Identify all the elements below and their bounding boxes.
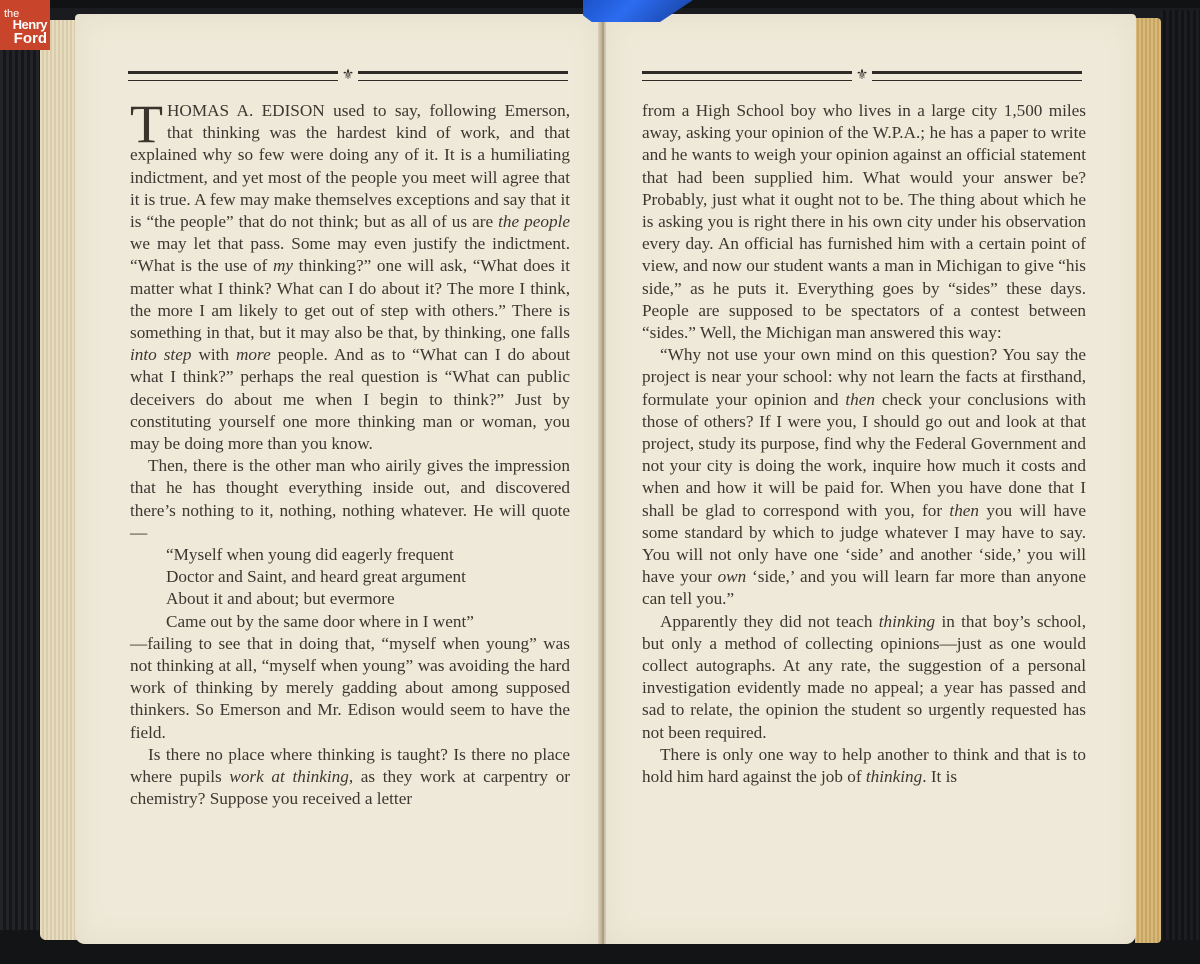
- left-page-body: HOMAS A. EDISON used to say, following E…: [130, 100, 570, 811]
- paragraph: from a High School boy who lives in a la…: [642, 100, 1086, 344]
- fleur-de-lis-icon: ⚜: [852, 69, 872, 83]
- header-rule-left: ⚜: [128, 69, 568, 83]
- paragraph: “Why not use your own mind on this quest…: [642, 344, 1086, 610]
- rule-bar: [872, 71, 1082, 81]
- fleur-de-lis-icon: ⚜: [338, 69, 358, 83]
- verse-line: Doctor and Saint, and heard great argume…: [130, 566, 570, 588]
- paragraph: —failing to see that in doing that, “mys…: [130, 633, 570, 744]
- right-page: ⚜ from a High School boy who lives in a …: [606, 14, 1136, 944]
- header-rule-right: ⚜: [642, 69, 1082, 83]
- rule-bar: [642, 71, 852, 81]
- page-stack-right: [1135, 18, 1161, 943]
- verse-line: About it and about; but evermore: [130, 588, 570, 610]
- verse-line: “Myself when young did eagerly frequent: [130, 544, 570, 566]
- drop-cap: T: [130, 104, 163, 144]
- paragraph: Apparently they did not teach thinking i…: [642, 611, 1086, 744]
- left-page: ⚜ T HOMAS A. EDISON used to say, followi…: [75, 14, 600, 944]
- logo-ford: Ford: [14, 30, 47, 47]
- paragraph: Is there no place where thinking is taug…: [130, 744, 570, 811]
- henry-ford-logo: the Henry Ford: [0, 0, 50, 50]
- paragraph: HOMAS A. EDISON used to say, following E…: [130, 100, 570, 455]
- verse-line: Came out by the same door where in I wen…: [130, 611, 570, 633]
- rule-bar: [128, 71, 338, 81]
- right-page-body: from a High School boy who lives in a la…: [642, 100, 1086, 788]
- paragraph: Then, there is the other man who airily …: [130, 455, 570, 544]
- rule-bar: [358, 71, 568, 81]
- right-page-text: from a High School boy who lives in a la…: [642, 100, 1086, 788]
- page-stack-left: [40, 20, 80, 940]
- paragraph: There is only one way to help another to…: [642, 744, 1086, 788]
- left-page-text: T HOMAS A. EDISON used to say, following…: [130, 100, 570, 811]
- cover-edge-right: [1160, 10, 1200, 940]
